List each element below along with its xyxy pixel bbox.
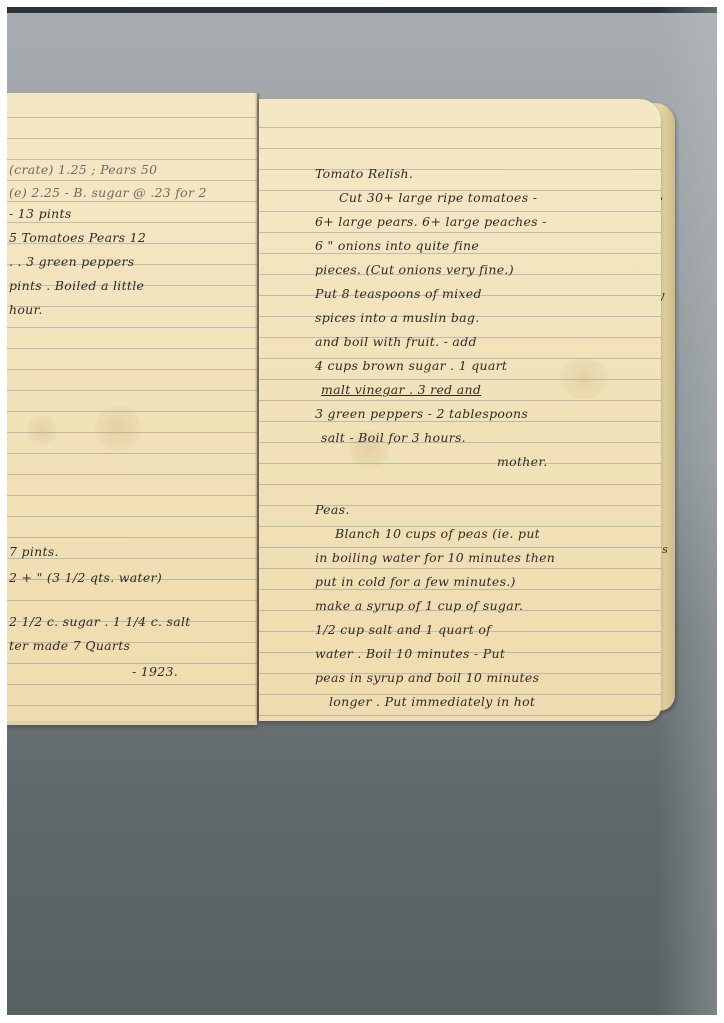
left-line-5: . . 3 green peppers (9, 251, 135, 272)
recipe-line: water . Boil 10 minutes - Put (315, 643, 505, 664)
recipe-line: 4 cups brown sugar . 1 quart (315, 355, 507, 376)
recipe-line: 6+ large pears. 6+ large peaches - (315, 211, 547, 232)
recipe-line: spices into a muslin bag. (315, 307, 479, 328)
stain (27, 415, 57, 445)
left-line-9: 2 + " (3 1/2 qts. water) (9, 567, 162, 588)
left-line-1: (crate) 1.25 ; Pears 50 (9, 159, 157, 180)
left-line-2: (e) 2.25 - B. sugar @ .23 for 2 (9, 182, 207, 203)
left-line-8: 7 pints. (9, 541, 59, 562)
left-line-7: hour. (9, 299, 43, 320)
scan-top-edge (7, 7, 717, 13)
recipe-line: pieces. (Cut onions very fine.) (315, 259, 514, 280)
recipe-line: Cut 30+ large ripe tomatoes - (339, 187, 537, 208)
left-line-6: pints . Boiled a little (9, 275, 144, 296)
left-line-3: - 13 pints (9, 203, 72, 224)
recipe-line: make a syrup of 1 cup of sugar. (315, 595, 523, 616)
left-line-4: 5 Tomatoes Pears 12 (9, 227, 146, 248)
recipe-line: Put 8 teaspoons of mixed (315, 283, 482, 304)
recipe-line: 3 green peppers - 2 tablespoons (315, 403, 528, 424)
recipe-line: in boiling water for 10 minutes then (315, 547, 555, 568)
stain (559, 359, 609, 399)
recipe-line: put in cold for a few minutes.) (315, 571, 516, 592)
recipe-line: Blanch 10 cups of peas (ie. put (335, 523, 540, 544)
open-notebook: (crate) 1.25 ; Pears 50 (e) 2.25 - B. su… (7, 89, 687, 729)
recipe-line: and boil with fruit. - add (315, 331, 477, 352)
recipe-line: longer . Put immediately in hot (329, 691, 535, 712)
scan-background: (crate) 1.25 ; Pears 50 (e) 2.25 - B. su… (7, 7, 717, 1015)
left-line-12-year: - 1923. (132, 661, 178, 682)
recipe-title-peas: Peas. (315, 499, 350, 520)
left-line-11: ter made 7 Quarts (9, 635, 130, 656)
stain (95, 405, 141, 451)
right-page: Tomato Relish. Cut 30+ large ripe tomato… (259, 99, 661, 721)
recipe-line: salt - Boil for 3 hours. (321, 427, 466, 448)
recipe-line: 1/2 cup salt and 1 quart of (315, 619, 491, 640)
left-page: (crate) 1.25 ; Pears 50 (e) 2.25 - B. su… (7, 93, 257, 725)
recipe-signature: mother. (497, 451, 548, 472)
recipe-title-tomato-relish: Tomato Relish. (315, 163, 413, 184)
recipe-line: 6 " onions into quite fine (315, 235, 479, 256)
recipe-line: malt vinegar . 3 red and (321, 379, 481, 400)
left-line-10: 2 1/2 c. sugar . 1 1/4 c. salt (9, 611, 191, 632)
recipe-line: peas in syrup and boil 10 minutes (315, 667, 539, 688)
